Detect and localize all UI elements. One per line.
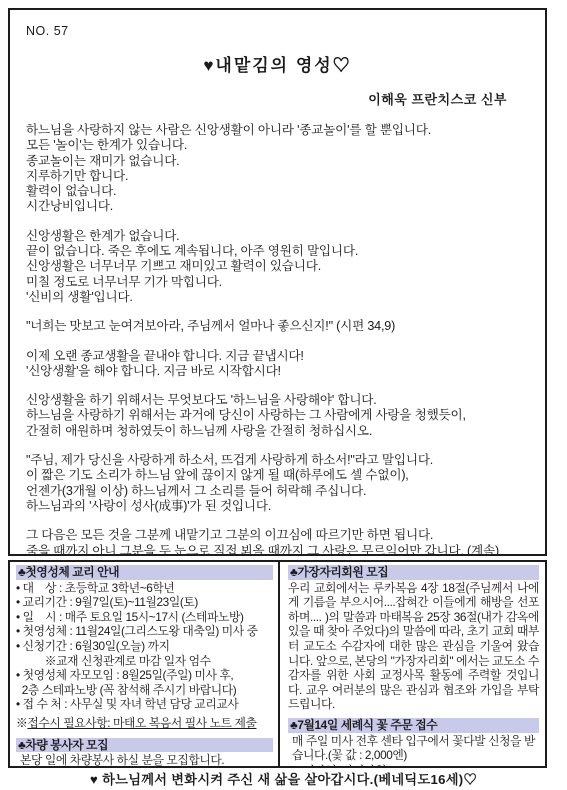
catechism-items: • 대 상 : 초등학교 3학년~6학년 • 교리기간 : 9월7일(토)~11… [16,581,273,712]
article-paragraph: 이제 오랜 종교생활을 끝내야 합니다. 지금 끝냅시다! '신앙생활'을 해야… [26,349,529,380]
notice-header-flowers: ♣7월14일 세례식 꽃 주문 접수 [288,718,539,733]
drivers-lines: 본당 일에 차량봉사 하실 분을 모집합니다. ※연락처(차량봉사팀장) : 0… [16,753,273,768]
article-paragraph: 하느님을 사랑하지 않는 사람은 신앙생활이 아니라 '종교놀이'를 할 뿐입니… [26,123,529,215]
article-author: 이해욱 프란치스코 신부 [26,89,529,108]
article-body: 하느님을 사랑하지 않는 사람은 신앙생활이 아니라 '종교놀이'를 할 뿐입니… [26,123,529,556]
article-paragraph-quote: "너희는 맛보고 눈여겨보아라, 주님께서 얼마나 좋으신지!" (시편 34,… [26,319,529,334]
flowers-contact: ※연락처: 마리아회 (090-8461-0827) [288,764,539,768]
article-paragraph: 신앙생활은 한계가 없습니다. 끝이 없습니다. 죽은 후에도 계속됩니다, 아… [26,229,529,305]
bulletin-page: { "page": { "issue_no": "NO. 57", "title… [0,0,567,790]
notice-drivers: ♣차량 봉사자 모집 본당 일에 차량봉사 하실 분을 모집합니다. ※연락처(… [16,738,273,768]
notice-header-drivers: ♣차량 봉사자 모집 [16,738,273,753]
notice-header-catechism: ♣첫영성체 교리 안내 [16,565,273,580]
notice-margins-group: ♣가장자리회원 모집 우리 교회에서는 루카복음 4장 18절(주님께서 나에게… [288,565,539,712]
article-paragraph: 신앙생활을 하기 위해서는 무엇보다도 '하느님을 사랑해야' 합니다. 하느님… [26,393,529,439]
notice-column-left: ♣첫영성체 교리 안내 • 대 상 : 초등학교 3학년~6학년 • 교리기간 … [10,562,280,766]
article-title: ♥내맡김의 영성♡ [26,51,529,76]
notice-header-margins-group: ♣가장자리회원 모집 [288,565,539,580]
footer-motto: ♥ 하느님께서 변화시켜 주신 새 삶을 살아갑시다.(베네딕도16세)♡ [0,769,567,788]
flowers-body: 매 주일 미사 전후 센타 입구에서 꽃다발 신청을 받습니다.(꽃 값 : 2… [288,734,539,763]
issue-number: NO. 57 [26,24,529,38]
note-text: 접수시 필요사항: 마태오 복음서 필사 노트 제출 [27,716,256,730]
notice-flowers: ♣7월14일 세례식 꽃 주문 접수 매 주일 미사 전후 센타 입구에서 꽃다… [288,718,539,768]
notice-box: ♣첫영성체 교리 안내 • 대 상 : 초등학교 3학년~6학년 • 교리기간 … [8,560,547,768]
article-paragraph: 그 다음은 모든 것을 그분께 내맡기고 그분의 이끄심에 따르기만 하면 됩니… [26,528,529,556]
margins-group-body: 우리 교회에서는 루카복음 4장 18절(주님께서 나에게 기름을 부으시어..… [288,581,539,712]
notice-column-right: ♣가장자리회원 모집 우리 교회에서는 루카복음 4장 18절(주님께서 나에게… [280,562,545,766]
article-box: NO. 57 ♥내맡김의 영성♡ 이해욱 프란치스코 신부 하느님을 사랑하지 … [8,8,547,556]
catechism-note: ※접수시 필요사항: 마태오 복음서 필사 노트 제출 [16,716,273,731]
notice-catechism: ♣첫영성체 교리 안내 • 대 상 : 초등학교 3학년~6학년 • 교리기간 … [16,565,273,731]
article-paragraph: "주님, 제가 당신을 사랑하게 하소서, 뜨겁게 사랑하게 하소서!"라고 말… [26,453,529,514]
note-marker: ※ [16,716,27,730]
